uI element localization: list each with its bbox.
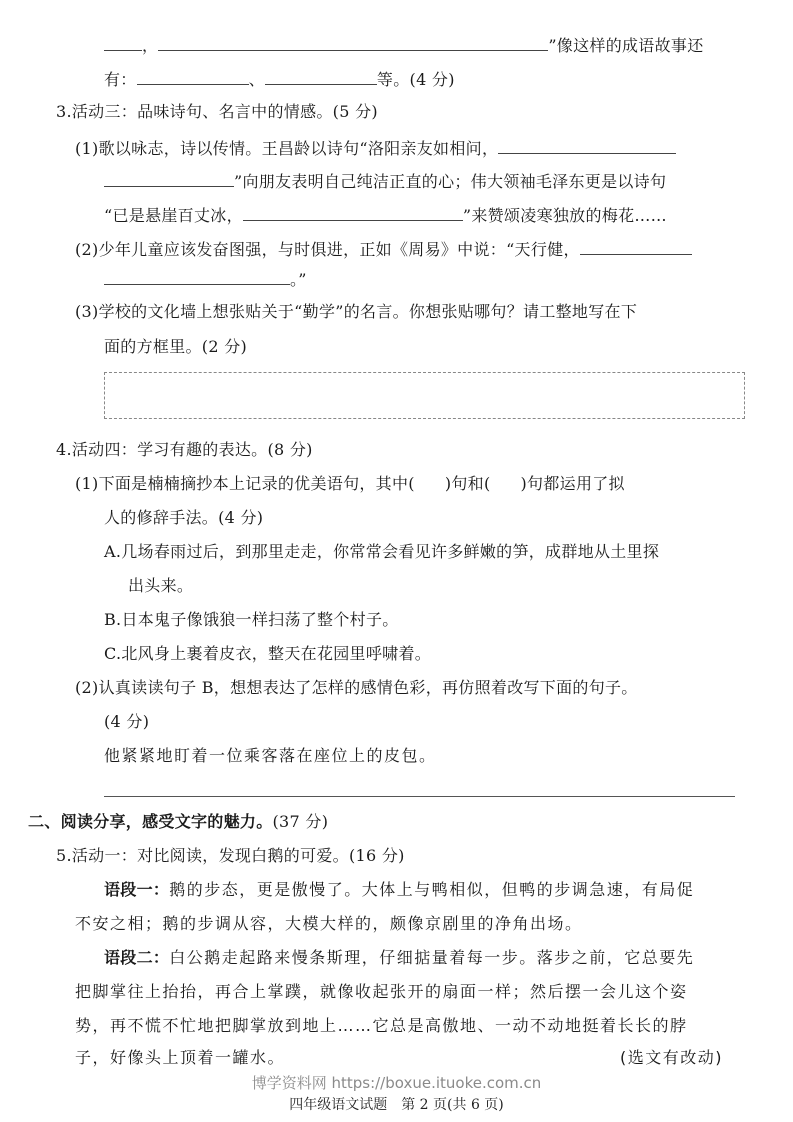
- q3-sub2-line1: (2)少年儿童应该发奋图强，与时俱进，正如《周易》中说：“天行健，: [75, 238, 692, 260]
- q4-option-a-cont: 出头来。: [128, 576, 193, 596]
- q5-para2-line4: 子，好像头上顶着一罐水。: [75, 1048, 285, 1068]
- q5-para2-line1: 语段二：白公鹅走起路来慢条斯理，仔细掂量着每一步。落步之前，它总要先: [104, 948, 694, 968]
- blank-field[interactable]: [580, 238, 692, 255]
- blank-field[interactable]: [243, 204, 463, 221]
- blank-field[interactable]: [265, 68, 377, 85]
- q4-title: 4.活动四：学习有趣的表达。(8 分): [56, 440, 313, 460]
- q4-sub2-sentence: 他紧紧地盯着一位乘客落在座位上的皮包。: [104, 746, 437, 766]
- blank-field[interactable]: [158, 34, 548, 51]
- q5-title: 5.活动一：对比阅读，发现白鹅的可爱。(16 分): [56, 846, 405, 866]
- source-note: (选文有改动): [620, 1048, 723, 1068]
- q4-sub2-line2: (4 分): [104, 712, 149, 732]
- page-footer: 四年级语文试题 第 2 页(共 6 页): [0, 1094, 793, 1114]
- watermark: 博学资料网 https://boxue.ituoke.com.cn: [0, 1072, 793, 1093]
- section2-title: 二、阅读分享，感受文字的魅力。: [28, 812, 273, 831]
- q5-para1-line1: 语段一：鹅的步态，更是傲慢了。大体上与鸭相似，但鸭的步调急速，有局促: [104, 880, 694, 900]
- motto-answer-box[interactable]: [104, 372, 745, 419]
- para1-label: 语段一：: [104, 880, 169, 899]
- q4-option-c: C.北风身上裹着皮衣，整天在花园里呼啸着。: [104, 644, 431, 664]
- q3-sub1-line2: ”向朋友表明自己纯洁正直的心；伟大领袖毛泽东更是以诗句: [104, 170, 666, 192]
- q5-para2-line2: 把脚掌往上抬抬，再合上掌蹼，就像收起张开的扇面一样；然后摆一会儿这个姿: [75, 982, 688, 1002]
- blank-field[interactable]: [137, 68, 249, 85]
- q3-sub2-line2: 。”: [104, 268, 307, 290]
- q3-sub1-line3: “已是悬崖百丈冰，”来赞颂凌寒独放的梅花……: [104, 204, 667, 226]
- q3-sub3-line1: (3)学校的文化墙上想张贴关于“勤学”的名言。你想张贴哪句？请工整地写在下: [75, 302, 637, 322]
- q3-sub1-line1: (1)歌以咏志，诗以传情。王昌龄以诗句“洛阳亲友如相问，: [75, 137, 676, 159]
- q5-para1-line2: 不安之相；鹅的步调从容，大模大样的，颇像京剧里的净角出场。: [75, 914, 583, 934]
- rewrite-answer-line[interactable]: [104, 796, 735, 797]
- para2-label: 语段二：: [104, 948, 169, 967]
- q4-sub1-line2: 人的修辞手法。(4 分): [104, 508, 263, 528]
- q4-sub2-line1: (2)认真读读句子 B，想想表达了怎样的感情色彩，再仿照着改写下面的句子。: [75, 678, 638, 698]
- section2-score: (37 分): [273, 812, 329, 831]
- q2-line1: ，”像这样的成语故事还: [104, 34, 704, 56]
- blank-field[interactable]: [104, 170, 234, 187]
- q5-para2-line3: 势，再不慌不忙地把脚掌放到地上……它总是高傲地、一动不动地挺着长长的脖: [75, 1016, 688, 1036]
- q3-sub3-line2: 面的方框里。(2 分): [104, 337, 247, 357]
- section2-heading: 二、阅读分享，感受文字的魅力。(37 分): [28, 812, 328, 832]
- q2-line2: 有：、等。(4 分): [104, 68, 455, 90]
- q4-option-b: B.日本鬼子像饿狼一样扫荡了整个村子。: [104, 610, 399, 630]
- q3-title: 3.活动三：品味诗句、名言中的情感。(5 分): [56, 102, 378, 122]
- blank-field[interactable]: [104, 268, 290, 285]
- blank-field[interactable]: [104, 34, 142, 51]
- blank-field[interactable]: [498, 137, 676, 154]
- q4-option-a: A.几场春雨过后，到那里走走，你常常会看见许多鲜嫩的笋，成群地从土里探: [104, 542, 659, 562]
- q4-sub1-line1: (1)下面是楠楠摘抄本上记录的优美语句，其中()句和()句都运用了拟: [75, 474, 625, 494]
